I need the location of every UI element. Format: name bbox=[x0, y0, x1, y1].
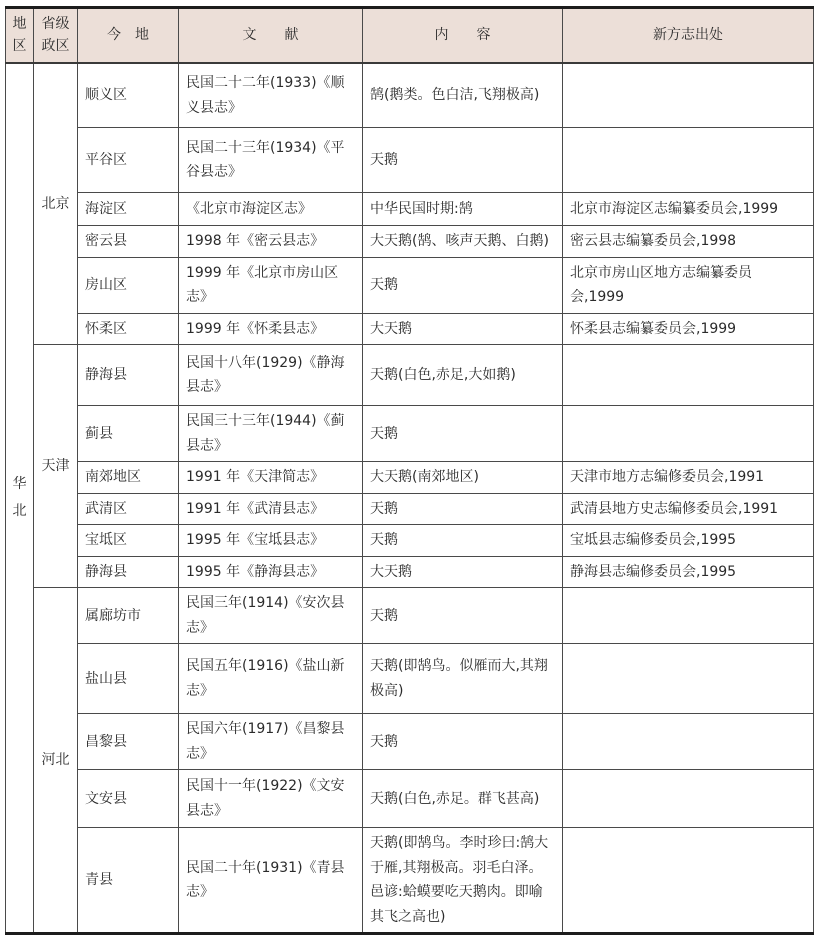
cell-content: 天鹅(即鹄鸟。似雁而大,其翔极高) bbox=[363, 644, 563, 714]
cell-content: 大天鹅(鹄、咳声天鹅、白鹅) bbox=[363, 226, 563, 258]
cell-source bbox=[563, 406, 814, 462]
cell-place: 平谷区 bbox=[78, 128, 179, 193]
header-region: 地区 bbox=[6, 8, 34, 63]
cell-source: 北京市海淀区志编纂委员会,1999 bbox=[563, 193, 814, 226]
cell-literature: 1995 年《宝坻县志》 bbox=[179, 525, 363, 557]
table-row: 怀柔区 1999 年《怀柔县志》 大天鹅 怀柔县志编纂委员会,1999 bbox=[6, 313, 814, 345]
province-cell-hebei: 河北 bbox=[34, 588, 78, 934]
cell-place: 武清区 bbox=[78, 493, 179, 525]
cell-place: 盐山县 bbox=[78, 644, 179, 714]
province-cell-tianjin: 天津 bbox=[34, 345, 78, 588]
region-cell: 华北 bbox=[6, 63, 34, 934]
cell-literature: 民国三年(1914)《安次县志》 bbox=[179, 588, 363, 644]
cell-content: 大天鹅 bbox=[363, 556, 563, 588]
province-cell-beijing: 北京 bbox=[34, 63, 78, 345]
cell-literature: 1991 年《武清县志》 bbox=[179, 493, 363, 525]
cell-source: 怀柔县志编纂委员会,1999 bbox=[563, 313, 814, 345]
cell-literature: 1998 年《密云县志》 bbox=[179, 226, 363, 258]
cell-content: 天鹅 bbox=[363, 493, 563, 525]
cell-content: 鹄(鹅类。色白洁,飞翔极高) bbox=[363, 63, 563, 128]
cell-source: 天津市地方志编修委员会,1991 bbox=[563, 462, 814, 494]
table-row: 河北 属廊坊市 民国三年(1914)《安次县志》 天鹅 bbox=[6, 588, 814, 644]
cell-content: 天鹅(白色,赤足。群飞甚高) bbox=[363, 770, 563, 828]
cell-place: 青县 bbox=[78, 828, 179, 934]
cell-source bbox=[563, 128, 814, 193]
document-page: 地区 省级政区 今 地 文 献 内 容 新方志出处 华北 北京 顺义区 民国二十… bbox=[0, 0, 819, 844]
header-place: 今 地 bbox=[78, 8, 179, 63]
header-source: 新方志出处 bbox=[563, 8, 814, 63]
cell-literature: 民国三十三年(1944)《蓟县志》 bbox=[179, 406, 363, 462]
cell-content: 大天鹅(南郊地区) bbox=[363, 462, 563, 494]
cell-literature: 民国十一年(1922)《文安县志》 bbox=[179, 770, 363, 828]
cell-literature: 1995 年《静海县志》 bbox=[179, 556, 363, 588]
cell-content: 天鹅(白色,赤足,大如鹅) bbox=[363, 345, 563, 406]
table-row: 海淀区 《北京市海淀区志》 中华民国时期:鹄 北京市海淀区志编纂委员会,1999 bbox=[6, 193, 814, 226]
cell-place: 顺义区 bbox=[78, 63, 179, 128]
cell-source: 静海县志编修委员会,1995 bbox=[563, 556, 814, 588]
header-content: 内 容 bbox=[363, 8, 563, 63]
cell-literature: 1991 年《天津简志》 bbox=[179, 462, 363, 494]
cell-literature: 《北京市海淀区志》 bbox=[179, 193, 363, 226]
cell-source: 宝坻县志编修委员会,1995 bbox=[563, 525, 814, 557]
cell-literature: 民国二十三年(1934)《平谷县志》 bbox=[179, 128, 363, 193]
cell-literature: 民国二十二年(1933)《顺义县志》 bbox=[179, 63, 363, 128]
cell-content: 天鹅 bbox=[363, 406, 563, 462]
table-row: 武清区 1991 年《武清县志》 天鹅 武清县地方史志编修委员会,1991 bbox=[6, 493, 814, 525]
cell-content: 中华民国时期:鹄 bbox=[363, 193, 563, 226]
cell-literature: 民国二十年(1931)《青县志》 bbox=[179, 828, 363, 934]
cell-content: 天鹅 bbox=[363, 588, 563, 644]
cell-source bbox=[563, 770, 814, 828]
cell-source: 密云县志编纂委员会,1998 bbox=[563, 226, 814, 258]
cell-place: 静海县 bbox=[78, 345, 179, 406]
cell-source bbox=[563, 63, 814, 128]
table-row: 盐山县 民国五年(1916)《盐山新志》 天鹅(即鹄鸟。似雁而大,其翔极高) bbox=[6, 644, 814, 714]
cell-place: 宝坻区 bbox=[78, 525, 179, 557]
cell-content: 天鹅 bbox=[363, 257, 563, 313]
table-row: 宝坻区 1995 年《宝坻县志》 天鹅 宝坻县志编修委员会,1995 bbox=[6, 525, 814, 557]
gazetteer-table: 地区 省级政区 今 地 文 献 内 容 新方志出处 华北 北京 顺义区 民国二十… bbox=[5, 6, 814, 935]
header-province: 省级政区 bbox=[34, 8, 78, 63]
cell-literature: 1999 年《怀柔县志》 bbox=[179, 313, 363, 345]
table-header: 地区 省级政区 今 地 文 献 内 容 新方志出处 bbox=[6, 8, 814, 63]
table-row: 文安县 民国十一年(1922)《文安县志》 天鹅(白色,赤足。群飞甚高) bbox=[6, 770, 814, 828]
cell-place: 怀柔区 bbox=[78, 313, 179, 345]
cell-place: 静海县 bbox=[78, 556, 179, 588]
header-literature: 文 献 bbox=[179, 8, 363, 63]
table-row: 天津 静海县 民国十八年(1929)《静海县志》 天鹅(白色,赤足,大如鹅) bbox=[6, 345, 814, 406]
cell-literature: 1999 年《北京市房山区志》 bbox=[179, 257, 363, 313]
cell-source bbox=[563, 828, 814, 934]
cell-source: 武清县地方史志编修委员会,1991 bbox=[563, 493, 814, 525]
table-row: 密云县 1998 年《密云县志》 大天鹅(鹄、咳声天鹅、白鹅) 密云县志编纂委员… bbox=[6, 226, 814, 258]
table-row: 蓟县 民国三十三年(1944)《蓟县志》 天鹅 bbox=[6, 406, 814, 462]
cell-content: 天鹅(即鹄鸟。李时珍曰:鹄大于雁,其翔极高。羽毛白泽。邑谚:蛤蟆要吃天鹅肉。即喻… bbox=[363, 828, 563, 934]
table-row: 华北 北京 顺义区 民国二十二年(1933)《顺义县志》 鹄(鹅类。色白洁,飞翔… bbox=[6, 63, 814, 128]
cell-place: 海淀区 bbox=[78, 193, 179, 226]
cell-source: 北京市房山区地方志编纂委员会,1999 bbox=[563, 257, 814, 313]
cell-place: 房山区 bbox=[78, 257, 179, 313]
cell-content: 大天鹅 bbox=[363, 313, 563, 345]
table-row: 昌黎县 民国六年(1917)《昌黎县志》 天鹅 bbox=[6, 714, 814, 770]
cell-place: 属廊坊市 bbox=[78, 588, 179, 644]
cell-place: 蓟县 bbox=[78, 406, 179, 462]
table-row: 青县 民国二十年(1931)《青县志》 天鹅(即鹄鸟。李时珍曰:鹄大于雁,其翔极… bbox=[6, 828, 814, 934]
header-row: 地区 省级政区 今 地 文 献 内 容 新方志出处 bbox=[6, 8, 814, 63]
cell-place: 南郊地区 bbox=[78, 462, 179, 494]
cell-content: 天鹅 bbox=[363, 128, 563, 193]
table-row: 房山区 1999 年《北京市房山区志》 天鹅 北京市房山区地方志编纂委员会,19… bbox=[6, 257, 814, 313]
cell-place: 文安县 bbox=[78, 770, 179, 828]
cell-place: 密云县 bbox=[78, 226, 179, 258]
cell-literature: 民国六年(1917)《昌黎县志》 bbox=[179, 714, 363, 770]
cell-place: 昌黎县 bbox=[78, 714, 179, 770]
cell-literature: 民国五年(1916)《盐山新志》 bbox=[179, 644, 363, 714]
table-row: 平谷区 民国二十三年(1934)《平谷县志》 天鹅 bbox=[6, 128, 814, 193]
cell-source bbox=[563, 644, 814, 714]
table-row: 静海县 1995 年《静海县志》 大天鹅 静海县志编修委员会,1995 bbox=[6, 556, 814, 588]
cell-content: 天鹅 bbox=[363, 525, 563, 557]
cell-content: 天鹅 bbox=[363, 714, 563, 770]
cell-source bbox=[563, 714, 814, 770]
cell-source bbox=[563, 588, 814, 644]
cell-literature: 民国十八年(1929)《静海县志》 bbox=[179, 345, 363, 406]
cell-source bbox=[563, 345, 814, 406]
table-row: 南郊地区 1991 年《天津简志》 大天鹅(南郊地区) 天津市地方志编修委员会,… bbox=[6, 462, 814, 494]
table-body: 华北 北京 顺义区 民国二十二年(1933)《顺义县志》 鹄(鹅类。色白洁,飞翔… bbox=[6, 63, 814, 934]
